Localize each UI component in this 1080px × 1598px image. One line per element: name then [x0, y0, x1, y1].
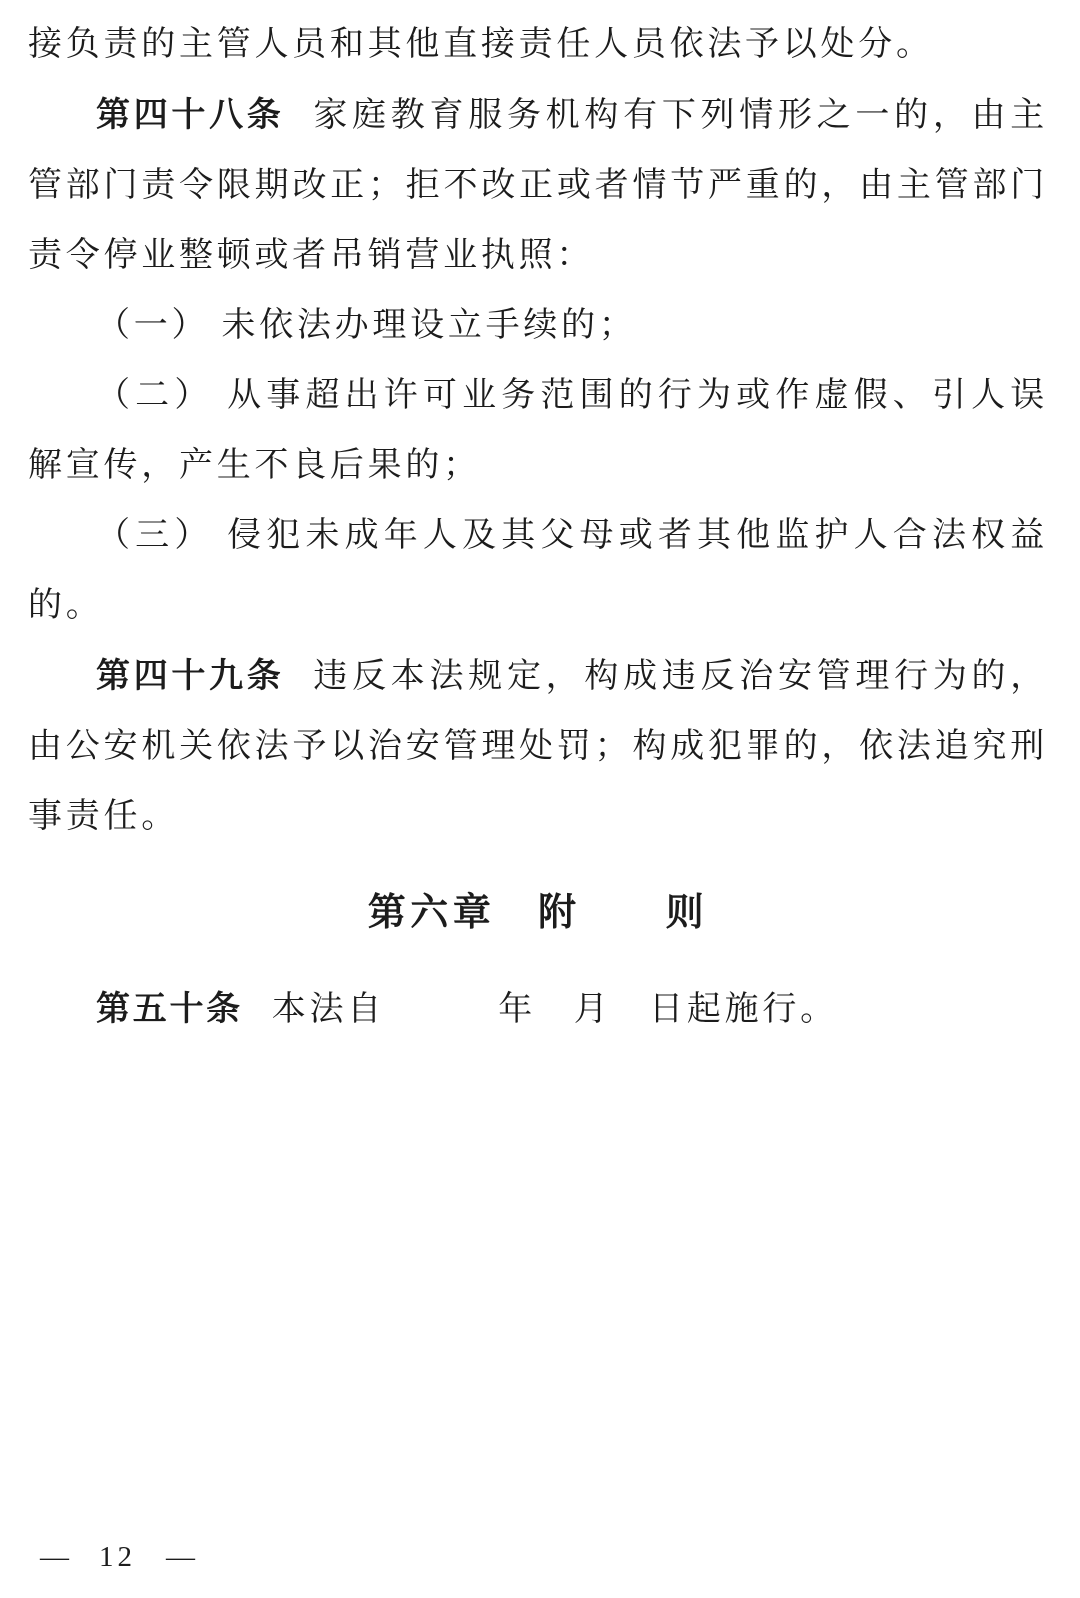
article-49-number: 第四十九条 [96, 657, 284, 695]
page-number: 12 [99, 1543, 136, 1572]
footer-dash-left: — [40, 1543, 69, 1572]
article-48-item-2: （二） 从事超出许可业务范围的行为或作虚假、引人误解宣传，产生不良后果的； [28, 361, 1048, 501]
article-48-item-3: （三） 侵犯未成年人及其父母或者其他监护人合法权益的。 [28, 501, 1048, 641]
chapter-6-heading: 第六章 附 则 [28, 878, 1048, 948]
article-49: 第四十九条违反本法规定，构成违反治安管理行为的，由公安机关依法予以治安管理处罚；… [28, 641, 1048, 852]
paragraph-continuation: 接负责的主管人员和其他直接责任人员依法予以处分。 [28, 10, 1048, 80]
article-50-text: 本法自 年 月 日起施行。 [272, 991, 838, 1028]
article-50-number: 第五十条 [96, 990, 243, 1028]
article-48-item-1: （一） 未依法办理设立手续的； [28, 291, 1048, 361]
page-footer: — 12 — [40, 1543, 195, 1572]
article-48: 第四十八条家庭教育服务机构有下列情形之一的，由主管部门责令限期改正；拒不改正或者… [28, 80, 1048, 291]
article-50: 第五十条本法自 年 月 日起施行。 [28, 974, 1048, 1045]
footer-dash-right: — [166, 1543, 195, 1572]
document-page: 接负责的主管人员和其他直接责任人员依法予以处分。 第四十八条家庭教育服务机构有下… [0, 0, 1080, 1598]
article-48-number: 第四十八条 [96, 96, 284, 134]
